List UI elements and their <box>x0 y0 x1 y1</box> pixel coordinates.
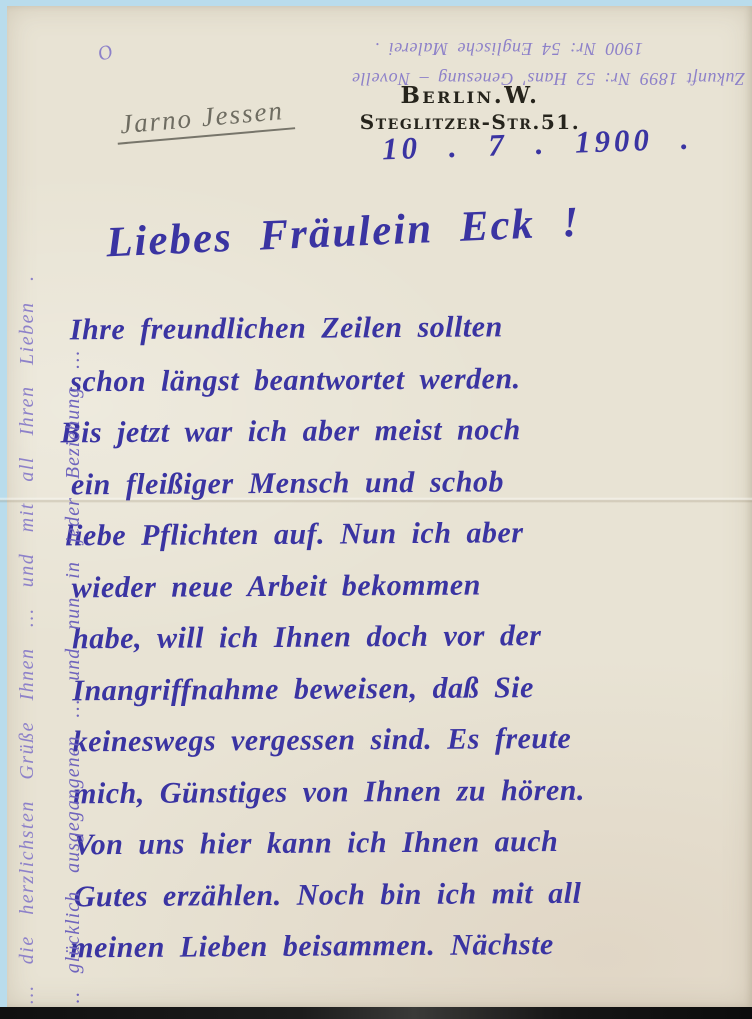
handwriting-line: mich, Günstiges von Ihnen zu hören. <box>73 763 747 819</box>
handwriting-line: Von uns hier kann ich Ihnen auch <box>73 815 747 871</box>
letter-scan: Zukunft 1899 Nr: 52 Hans' Genesung – Nov… <box>0 0 752 1019</box>
handwriting-line: keineswegs vergessen sind. Es freute <box>73 712 747 768</box>
archival-note-line-2: 1900 Nr: 54 Englische Malerei . <box>205 34 643 64</box>
letter-body: Ihre freundlichen Zeilen sollten schon l… <box>70 300 749 974</box>
scanner-edge <box>0 1007 752 1019</box>
handwriting-line: liebe Pflichten auf. Nun ich aber <box>65 506 745 562</box>
letterhead-city: Berlin.W. <box>340 82 600 109</box>
handwriting-line: ein fleißiger Mensch und schob <box>71 454 745 510</box>
handwriting-line: schon längst beantwortet werden. <box>70 351 744 407</box>
handwriting-line: habe, will ich Ihnen doch vor der <box>72 609 746 665</box>
handwriting-line: meinen Lieben beisammen. Nächste <box>70 918 748 974</box>
handwriting-line: wieder neue Arbeit bekommen <box>71 557 745 613</box>
handwriting-line: Inangriffnahme beweisen, daß Sie <box>72 660 746 716</box>
handwriting-line: Gutes erzählen. Noch bin ich mit all <box>74 866 748 922</box>
handwriting-line: Bis jetzt war ich aber meist noch <box>60 403 744 459</box>
handwriting-line: Ihre freundlichen Zeilen sollten <box>70 300 744 356</box>
